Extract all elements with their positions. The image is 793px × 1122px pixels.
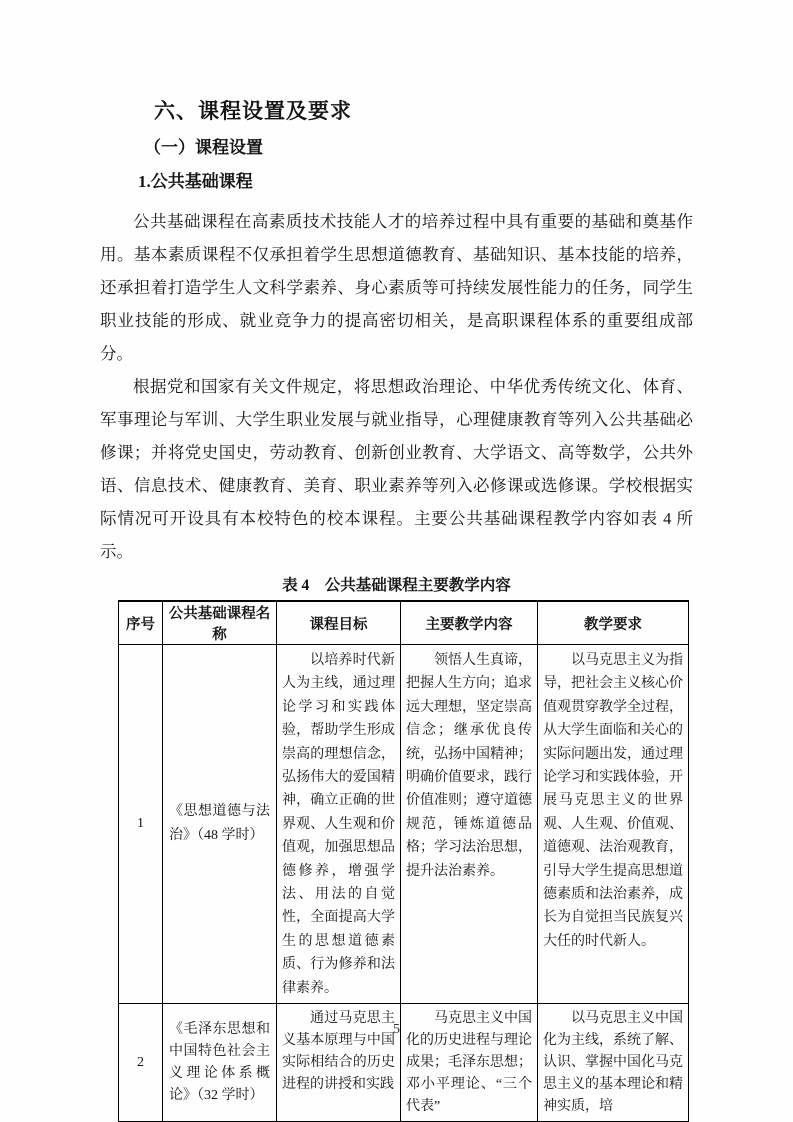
cell-teaching-content: 领悟人生真谛，把握人生方向；追求远大理想，坚定崇高信念；继承优良传统，弘扬中国精… [401, 645, 538, 1004]
public-basic-course-table: 序号 公共基础课程名称 课程目标 主要教学内容 教学要求 1 《思想道德与法治》… [118, 600, 689, 1122]
subsection-heading: （一）课程设置 [144, 135, 693, 161]
cell-teaching-requirement: 以马克思主义为指导，把社会主义核心价值观贯穿教学全过程，从大学生面临和关心的实际… [538, 645, 689, 1004]
paragraph-intro: 公共基础课程在高素质技术技能人才的培养过程中具有重要的基础和奠基作用。基本素质课… [100, 205, 693, 370]
page-number: 5 [0, 1022, 793, 1038]
cell-course-name: 《思想道德与法治》（48 学时） [163, 645, 277, 1004]
paragraph-policy: 根据党和国家有关文件规定，将思想政治理论、中华优秀传统文化、体育、军事理论与军训… [100, 370, 693, 568]
subsubsection-heading: 1.公共基础课程 [138, 169, 693, 195]
col-header-course-name: 公共基础课程名称 [163, 601, 277, 645]
cell-serial: 1 [119, 645, 163, 1004]
col-header-serial: 序号 [119, 601, 163, 645]
page-content: 六、课程设置及要求 （一）课程设置 1.公共基础课程 公共基础课程在高素质技术技… [0, 0, 793, 1122]
col-header-teaching-content: 主要教学内容 [401, 601, 538, 645]
cell-course-goal: 以培养时代新人为主线，通过理论学习和实践体验，帮助学生形成崇高的理想信念，弘扬伟… [277, 645, 401, 1004]
col-header-course-goal: 课程目标 [277, 601, 401, 645]
col-header-teaching-requirement: 教学要求 [538, 601, 689, 645]
table-caption: 表 4 公共基础课程主要教学内容 [100, 575, 693, 597]
section-heading: 六、课程设置及要求 [154, 97, 693, 125]
document-page: 六、课程设置及要求 （一）课程设置 1.公共基础课程 公共基础课程在高素质技术技… [0, 0, 793, 1122]
table-header-row: 序号 公共基础课程名称 课程目标 主要教学内容 教学要求 [119, 601, 689, 645]
table-row: 1 《思想道德与法治》（48 学时） 以培养时代新人为主线，通过理论学习和实践体… [119, 645, 689, 1004]
